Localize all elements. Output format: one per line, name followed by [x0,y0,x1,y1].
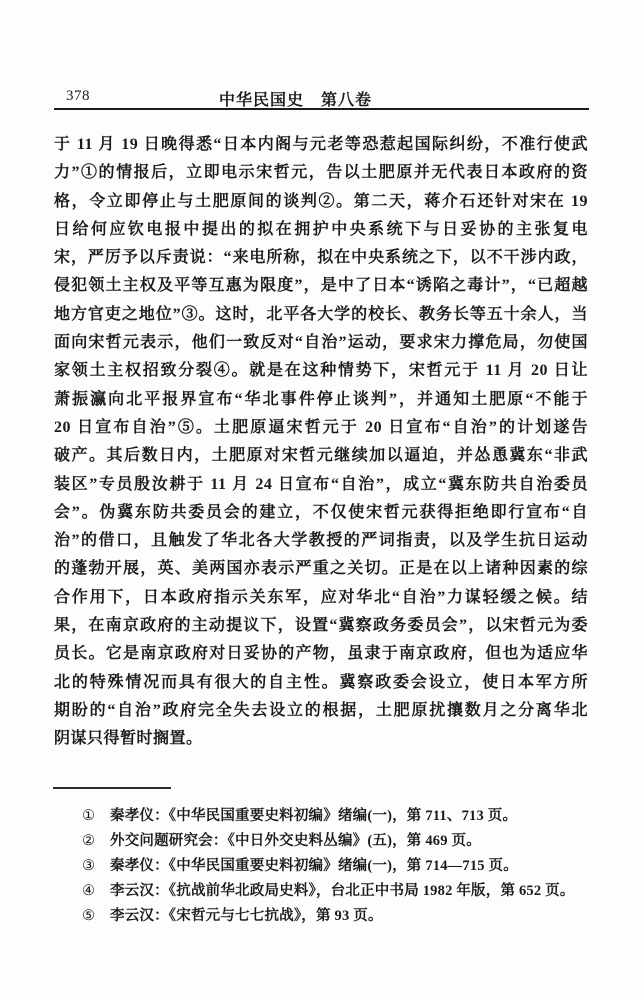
body-text-line: 会”。伪冀东防共委员会的建立，不仅使宋哲元获得拒绝即行宣布“自 [54,499,588,527]
body-text-line: 员长。它是南京政府对日妥协的产物，虽隶于南京政府，但也为适应华 [54,640,588,668]
body-text-line: 破产。其后数日内，土肥原对宋哲元继续加以逼迫，并怂恿冀东“非武 [54,442,588,470]
footnote-text: 秦孝仪：《中华民国重要史料初编》绪编(一)，第 714—715 页。 [110,854,582,879]
footnote-text: 外交问题研究会：《中日外交史料丛编》(五)，第 469 页。 [110,829,582,854]
footnote-marker: ④ [82,879,100,904]
book-page: 378 中华民国史 第八卷 于 11 月 19 日晚得悉“日本内阁与元老等恐惹起… [0,0,644,1000]
page-header: 378 中华民国史 第八卷 [54,87,589,107]
footnote-marker: ③ [82,854,100,879]
header-rule [54,108,589,110]
footnote-text: 李云汉：《宋哲元与七七抗战》，第 93 页。 [110,904,582,929]
body-text-line: 力”①的情报后，立即电示宋哲元，告以土肥原并无代表日本政府的资 [54,159,588,187]
header-title: 中华民国史 第八卷 [54,87,537,110]
footnote-item: ④ 李云汉：《抗战前华北政局史料》，台北正中书局 1982 年版，第 652 页… [82,879,582,904]
body-text-line: 格，令立即停止与土肥原间的谈判②。第二天，蒋介石还针对宋在 19 [54,188,588,216]
body-text-line: 侵犯领土主权及平等互惠为限度”，是中了日本“诱陷之毒计”，“已超越 [54,272,588,300]
body-text-line: 的蓬勃开展，英、美两国亦表示严重之关切。正是在以上诸种因素的综 [54,555,588,583]
body-text-line: 于 11 月 19 日晚得悉“日本内阁与元老等恐惹起国际纠纷，不准行使武 [54,131,588,159]
footnote-marker: ② [82,829,100,854]
body-text-line: 北的特殊情况而具有很大的自主性。冀察政委会设立，使日本军方所 [54,669,588,697]
body-text-line: 期盼的“自治”政府完全失去设立的根据，土肥原扰攘数月之分离华北 [54,697,588,725]
body-text-line: 果，在南京政府的主动提议下，设置“冀察政务委员会”，以宋哲元为委 [54,612,588,640]
footnote-text: 秦孝仪：《中华民国重要史料初编》绪编(一)，第 711、713 页。 [110,804,582,829]
body-paragraph: 于 11 月 19 日晚得悉“日本内阁与元老等恐惹起国际纠纷，不准行使武 力”①… [54,131,588,754]
footnote-item: ② 外交问题研究会：《中日外交史料丛编》(五)，第 469 页。 [82,829,582,854]
body-text-line: 20 日宣布自治”⑤。土肥原逼宋哲元于 20 日宣布“自治”的计划遂告 [54,414,588,442]
body-text-line: 地方官吏之地位”③。这时，北平各大学的校长、教务长等五十余人，当 [54,301,588,329]
body-text-line: 阴谋只得暂时搁置。 [54,725,588,753]
body-text-line: 合作用下，日本政府指示关东军，应对华北“自治”力谋轻缓之候。结 [54,584,588,612]
footnote-marker: ① [82,804,100,829]
footnote-marker: ⑤ [82,904,100,929]
footnote-separator [53,787,171,789]
body-text-line: 萧振瀛向北平报界宣布“华北事件停止谈判”，并通知土肥原“不能于 [54,386,588,414]
body-text-line: 面向宋哲元表示，他们一致反对“自治”运动，要求宋力撑危局，勿使国 [54,329,588,357]
footnotes-section: ① 秦孝仪：《中华民国重要史料初编》绪编(一)，第 711、713 页。 ② 外… [82,804,582,929]
body-text-line: 治”的借口，且触发了华北各大学教授的严词指责，以及学生抗日运动 [54,527,588,555]
footnote-item: ① 秦孝仪：《中华民国重要史料初编》绪编(一)，第 711、713 页。 [82,804,582,829]
body-text-line: 宋，严厉予以斥责说：“来电所称，拟在中央系统之下，以不干涉内政，不 [54,244,588,272]
body-text-line: 日给何应钦电报中提出的拟在拥护中央系统下与日妥协的主张复电 [54,216,588,244]
body-text-line: 装区”专员殷汝耕于 11 月 24 日宣布“自治”，成立“冀东防共自治委员 [54,471,588,499]
body-text-line: 家领土主权招致分裂④。就是在这种情势下，宋哲元于 11 月 20 日让 [54,357,588,385]
footnote-text: 李云汉：《抗战前华北政局史料》，台北正中书局 1982 年版，第 652 页。 [110,879,582,904]
footnote-item: ⑤ 李云汉：《宋哲元与七七抗战》，第 93 页。 [82,904,582,929]
footnote-item: ③ 秦孝仪：《中华民国重要史料初编》绪编(一)，第 714—715 页。 [82,854,582,879]
